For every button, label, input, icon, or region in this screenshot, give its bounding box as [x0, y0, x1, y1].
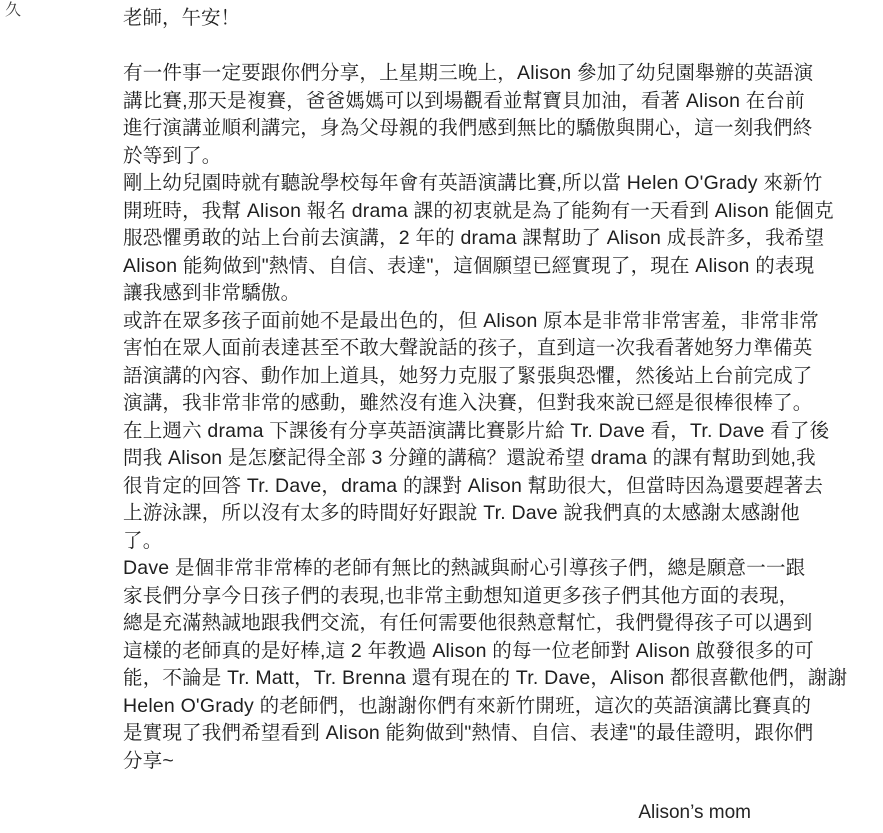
letter-line: 家長們分享今日孩子們的表現,也非常主動想知道更多孩子們其他方面的表現，	[123, 583, 815, 611]
letter-line: 讓我感到非常驕傲。	[123, 280, 815, 308]
letter-line: 開班時，我幫 Alison 報名 drama 課的初衷就是為了能夠有一天看到 A…	[123, 198, 815, 226]
letter-line: 服恐懼勇敢的站上台前去演講，2 年的 drama 課幫助了 Alison 成長許…	[123, 225, 815, 253]
letter-line: 上游泳課，所以沒有太多的時間好好跟說 Tr. Dave 說我們真的太感謝太感謝他	[123, 500, 815, 528]
letter-line: 分享~	[123, 748, 815, 776]
letter-body: 有一件事一定要跟你們分享，上星期三晚上，Alison 參加了幼兒園舉辦的英語演講…	[123, 60, 815, 775]
letter-content: 老師，午安！ 有一件事一定要跟你們分享，上星期三晚上，Alison 參加了幼兒園…	[123, 5, 815, 826]
letter-line: 於等到了。	[123, 143, 815, 171]
letter-line: 總是充滿熱誠地跟我們交流，有任何需要他很熱意幫忙，我們覺得孩子可以遇到	[123, 610, 815, 638]
letter-line: 剛上幼兒園時就有聽說學校每年會有英語演講比賽,所以當 Helen O'Grady…	[123, 170, 815, 198]
letter-line: 有一件事一定要跟你們分享，上星期三晚上，Alison 參加了幼兒園舉辦的英語演	[123, 60, 815, 88]
letter-line: 很肯定的回答 Tr. Dave，drama 的課對 Alison 幫助很大，但當…	[123, 473, 815, 501]
letter-line: 或許在眾多孩子面前她不是最出色的，但 Alison 原本是非常非常害羞，非常非常	[123, 308, 815, 336]
letter-line: 這樣的老師真的是好棒,這 2 年教過 Alison 的每一位老師對 Alison…	[123, 638, 815, 666]
letter-line: 了。	[123, 528, 815, 556]
letter-line: 在上週六 drama 下課後有分享英語演講比賽影片給 Tr. Dave 看，Tr…	[123, 418, 815, 446]
letter-line: Alison 能夠做到"熱情、自信、表達"，這個願望已經實現了，現在 Aliso…	[123, 253, 815, 281]
letter-line: Helen O'Grady 的老師們，也謝謝你們有來新竹開班，這次的英語演講比賽…	[123, 693, 815, 721]
letter-line: 語演講的內容、動作加上道具，她努力克服了緊張與恐懼，然後站上台前完成了	[123, 363, 815, 391]
letter-line: 能，不論是 Tr. Matt，Tr. Brenna 還有現在的 Tr. Dave…	[123, 665, 815, 693]
letter-line: Dave 是個非常非常棒的老師有無比的熱誠與耐心引導孩子們，總是願意一一跟	[123, 555, 815, 583]
letter-line: 害怕在眾人面前表達甚至不敢大聲說話的孩子，直到這一次我看著她努力準備英	[123, 335, 815, 363]
letter-line: 講比賽,那天是複賽，爸爸媽媽可以到場觀看並幫寶貝加油，看著 Alison 在台前	[123, 88, 815, 116]
letter-signature: Alison’s mom	[123, 799, 815, 826]
letter-line: 進行演講並順利講完，身為父母親的我們感到無比的驕傲與開心，這一刻我們終	[123, 115, 815, 143]
letter-line: 是實現了我們希望看到 Alison 能夠做到"熱情、自信、表達"的最佳證明，跟你…	[123, 720, 815, 748]
letter-line: 問我 Alison 是怎麼記得全部 3 分鐘的講稿？還說希望 drama 的課有…	[123, 445, 815, 473]
letter-document: 久 老師，午安！ 有一件事一定要跟你們分享，上星期三晚上，Alison 參加了幼…	[0, 0, 883, 833]
letter-line: 演講，我非常非常的感動，雖然沒有進入決賽，但對我來說已經是很棒很棒了。	[123, 390, 815, 418]
letter-greeting: 老師，午安！	[123, 5, 815, 33]
stray-character: 久	[5, 3, 21, 19]
